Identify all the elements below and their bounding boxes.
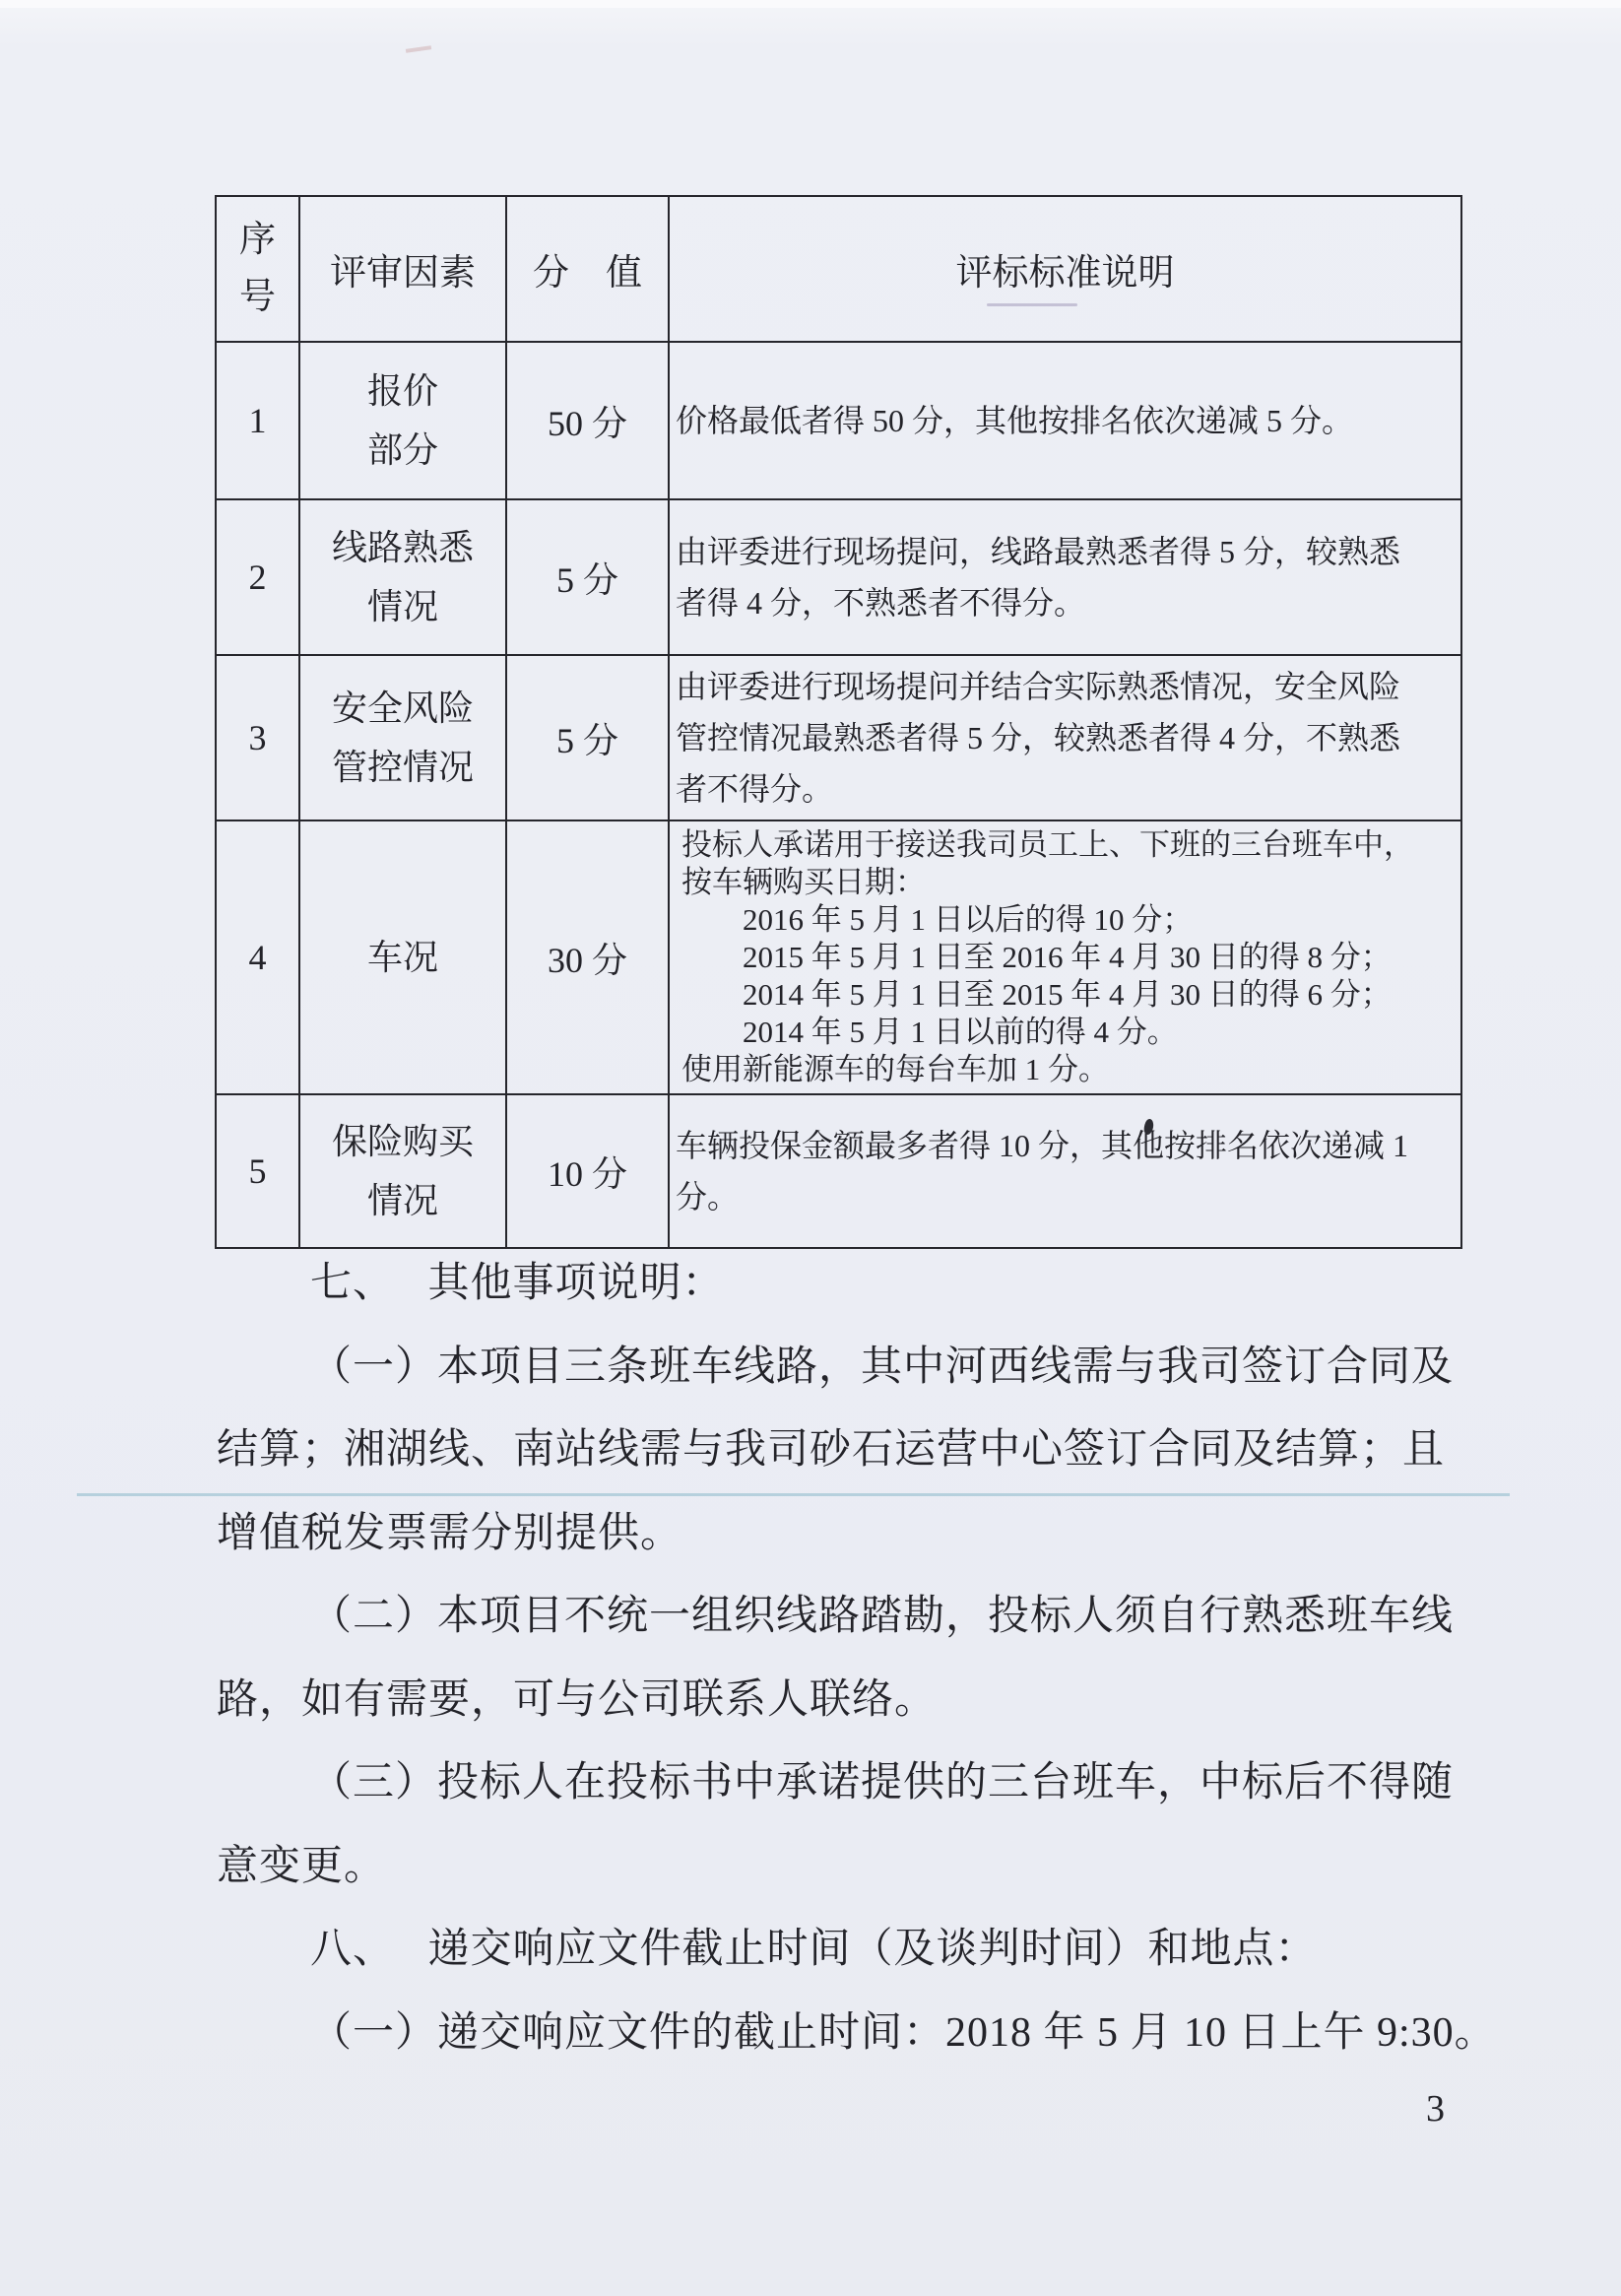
row-5-factor: 保险购买 情况: [299, 1094, 506, 1248]
row-1-score: 50 分: [506, 342, 669, 499]
row-3-score: 5 分: [506, 655, 669, 820]
row-2-factor: 线路熟悉 情况: [299, 499, 506, 655]
row-1-serial: 1: [216, 342, 299, 499]
section-7-heading: 七、 其他事项说明：: [217, 1242, 1497, 1326]
row-2-description: 由评委进行现场提问，线路最熟悉者得 5 分，较熟悉 者得 4 分，不熟悉者不得分…: [669, 499, 1461, 655]
document-page: 序 号 评审因素 分 值 评标标准说明 1 报价 部分 50 分 价格最低者得 …: [0, 0, 1621, 2296]
scan-top-edge: [0, 0, 1621, 8]
row-4-serial: 4: [216, 820, 299, 1094]
header-review-factor: 评审因素: [299, 196, 506, 342]
page-number: 3: [1426, 2087, 1445, 2131]
header-serial-number: 序 号: [216, 196, 299, 342]
para-8-1-line-1: （一）递交响应文件的截止时间：2018 年 5 月 10 日上午 9:30。: [217, 1992, 1497, 2075]
table-row: 2 线路熟悉 情况 5 分 由评委进行现场提问，线路最熟悉者得 5 分，较熟悉 …: [216, 499, 1461, 655]
row-3-description: 由评委进行现场提问并结合实际熟悉情况，安全风险 管控情况最熟悉者得 5 分，较熟…: [669, 655, 1461, 820]
para-7-1-line-1: （一）本项目三条班车线路，其中河西线需与我司签订合同及: [217, 1326, 1497, 1410]
scan-underline-artifact: [987, 303, 1077, 306]
row-3-factor: 安全风险 管控情况: [299, 655, 506, 820]
scan-smudge-artifact: [406, 45, 431, 53]
section-8-heading: 八、 递交响应文件截止时间（及谈判时间）和地点：: [217, 1908, 1497, 1992]
para-7-3-line-2: 意变更。: [217, 1825, 1497, 1909]
table-header-row: 序 号 评审因素 分 值 评标标准说明: [216, 196, 1461, 342]
para-7-1-line-3: 增值税发票需分别提供。: [217, 1492, 1497, 1576]
row-4-score: 30 分: [506, 820, 669, 1094]
row-1-factor: 报价 部分: [299, 342, 506, 499]
row-4-factor: 车况: [299, 820, 506, 1094]
row-2-serial: 2: [216, 499, 299, 655]
para-7-2-line-1: （二）本项目不统一组织线路踏勘，投标人须自行熟悉班车线: [217, 1575, 1497, 1659]
para-7-3-line-1: （三）投标人在投标书中承诺提供的三台班车，中标后不得随: [217, 1741, 1497, 1825]
table-row: 1 报价 部分 50 分 价格最低者得 50 分，其他按排名依次递减 5 分。: [216, 342, 1461, 499]
table-row: 5 保险购买 情况 10 分 车辆投保金额最多者得 10 分，其他按排名依次递减…: [216, 1094, 1461, 1248]
row-5-score: 10 分: [506, 1094, 669, 1248]
header-score-value: 分 值: [506, 196, 669, 342]
document-body: 七、 其他事项说明： （一）本项目三条班车线路，其中河西线需与我司签订合同及 结…: [217, 1242, 1497, 2074]
header-criteria-description: 评标标准说明: [669, 196, 1461, 342]
table-row: 3 安全风险 管控情况 5 分 由评委进行现场提问并结合实际熟悉情况，安全风险 …: [216, 655, 1461, 820]
row-5-description: 车辆投保金额最多者得 10 分，其他按排名依次递减 1 分。: [669, 1094, 1461, 1248]
row-4-description: 投标人承诺用于接送我司员工上、下班的三台班车中， 按车辆购买日期： 2016 年…: [669, 820, 1461, 1094]
evaluation-criteria-table: 序 号 评审因素 分 值 评标标准说明 1 报价 部分 50 分 价格最低者得 …: [215, 195, 1462, 1249]
table-row: 4 车况 30 分 投标人承诺用于接送我司员工上、下班的三台班车中， 按车辆购买…: [216, 820, 1461, 1094]
row-5-serial: 5: [216, 1094, 299, 1248]
row-2-score: 5 分: [506, 499, 669, 655]
row-1-description: 价格最低者得 50 分，其他按排名依次递减 5 分。: [669, 342, 1461, 499]
para-7-2-line-2: 路，如有需要，可与公司联系人联络。: [217, 1659, 1497, 1742]
para-7-1-line-2: 结算；湘湖线、南站线需与我司砂石运营中心签订合同及结算；且: [217, 1409, 1497, 1492]
row-3-serial: 3: [216, 655, 299, 820]
